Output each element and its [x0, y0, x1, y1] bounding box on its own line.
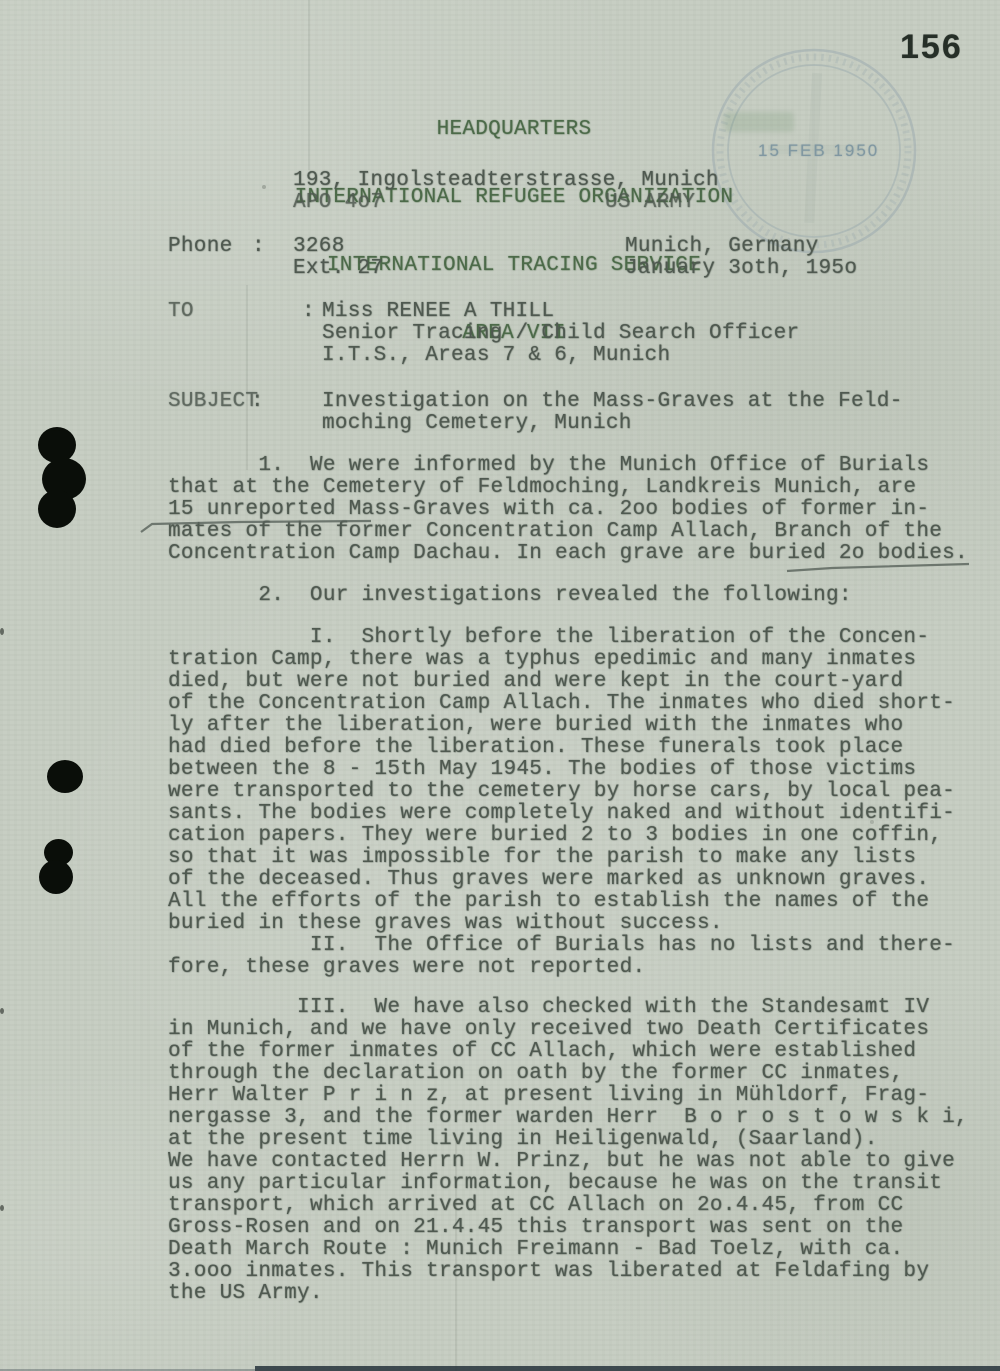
edge-speck: [0, 1205, 4, 1211]
edge-speck: [0, 1008, 4, 1014]
pencil-underline-marks: [0, 0, 1000, 1371]
ink-blob: [39, 860, 73, 894]
ink-blob: [47, 760, 83, 793]
dust-speck: [870, 820, 874, 824]
paper-crease: [308, 0, 310, 170]
edge-speck: [0, 628, 4, 635]
scan-edge-shadow: [255, 1366, 1000, 1371]
ink-blob: [52, 430, 62, 524]
paper-crease: [246, 285, 248, 470]
document-page: 156 15 FEB 1950 HEADQUARTERS INTERNATION…: [0, 0, 1000, 1371]
paper-crease: [455, 1140, 457, 1371]
dust-speck: [262, 185, 266, 189]
